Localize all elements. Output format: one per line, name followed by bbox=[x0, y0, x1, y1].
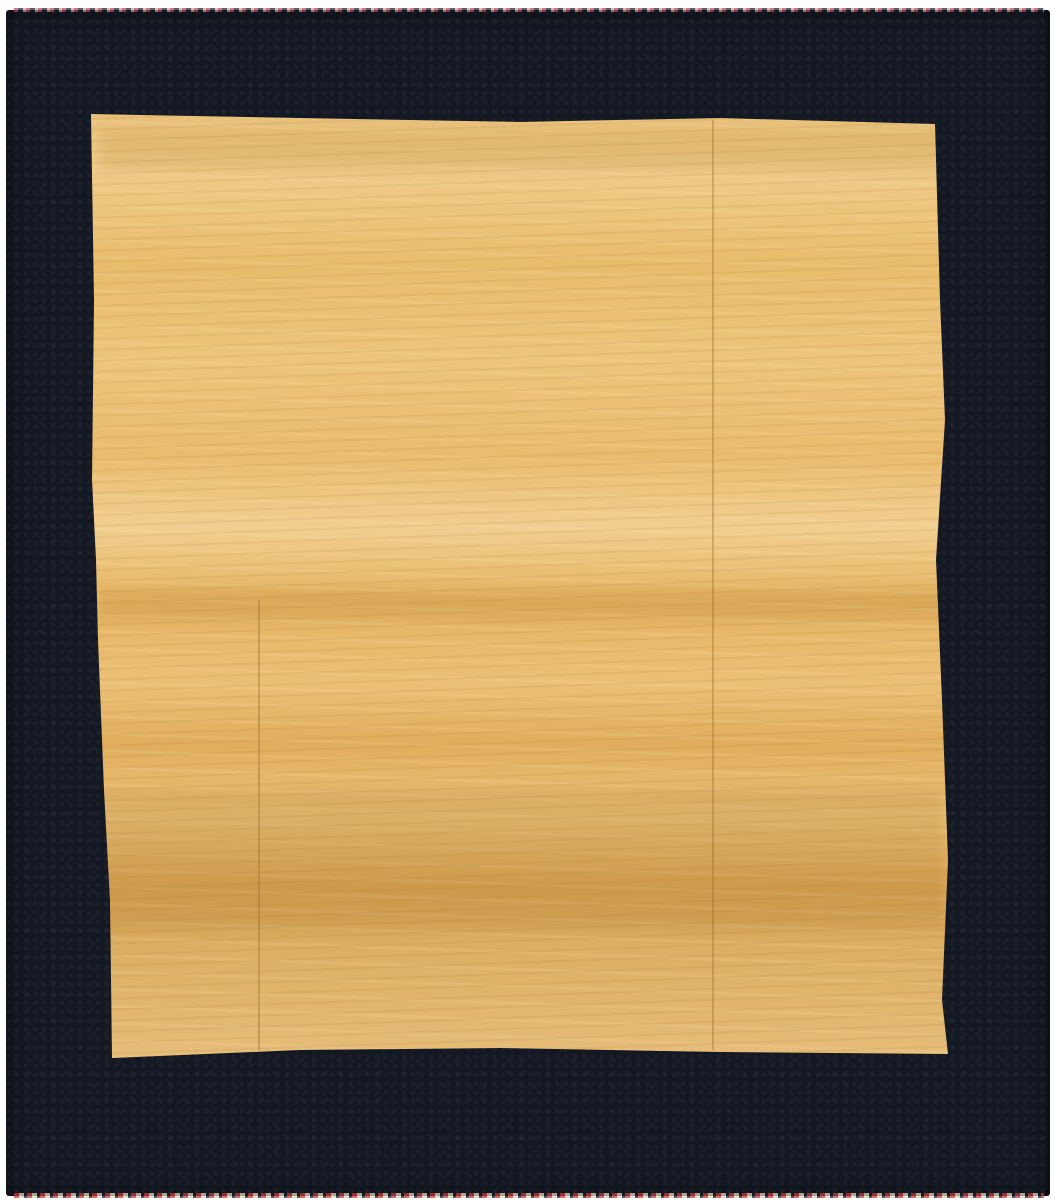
abrash-band bbox=[100, 590, 945, 620]
abrash-band bbox=[100, 130, 945, 170]
rug-bottom-edge bbox=[14, 1193, 1044, 1198]
abrash-band bbox=[100, 790, 945, 930]
seam-line bbox=[712, 120, 714, 1050]
rug-field bbox=[0, 0, 1055, 1200]
seam-line bbox=[258, 600, 260, 1050]
rug-top-edge bbox=[14, 8, 1044, 12]
